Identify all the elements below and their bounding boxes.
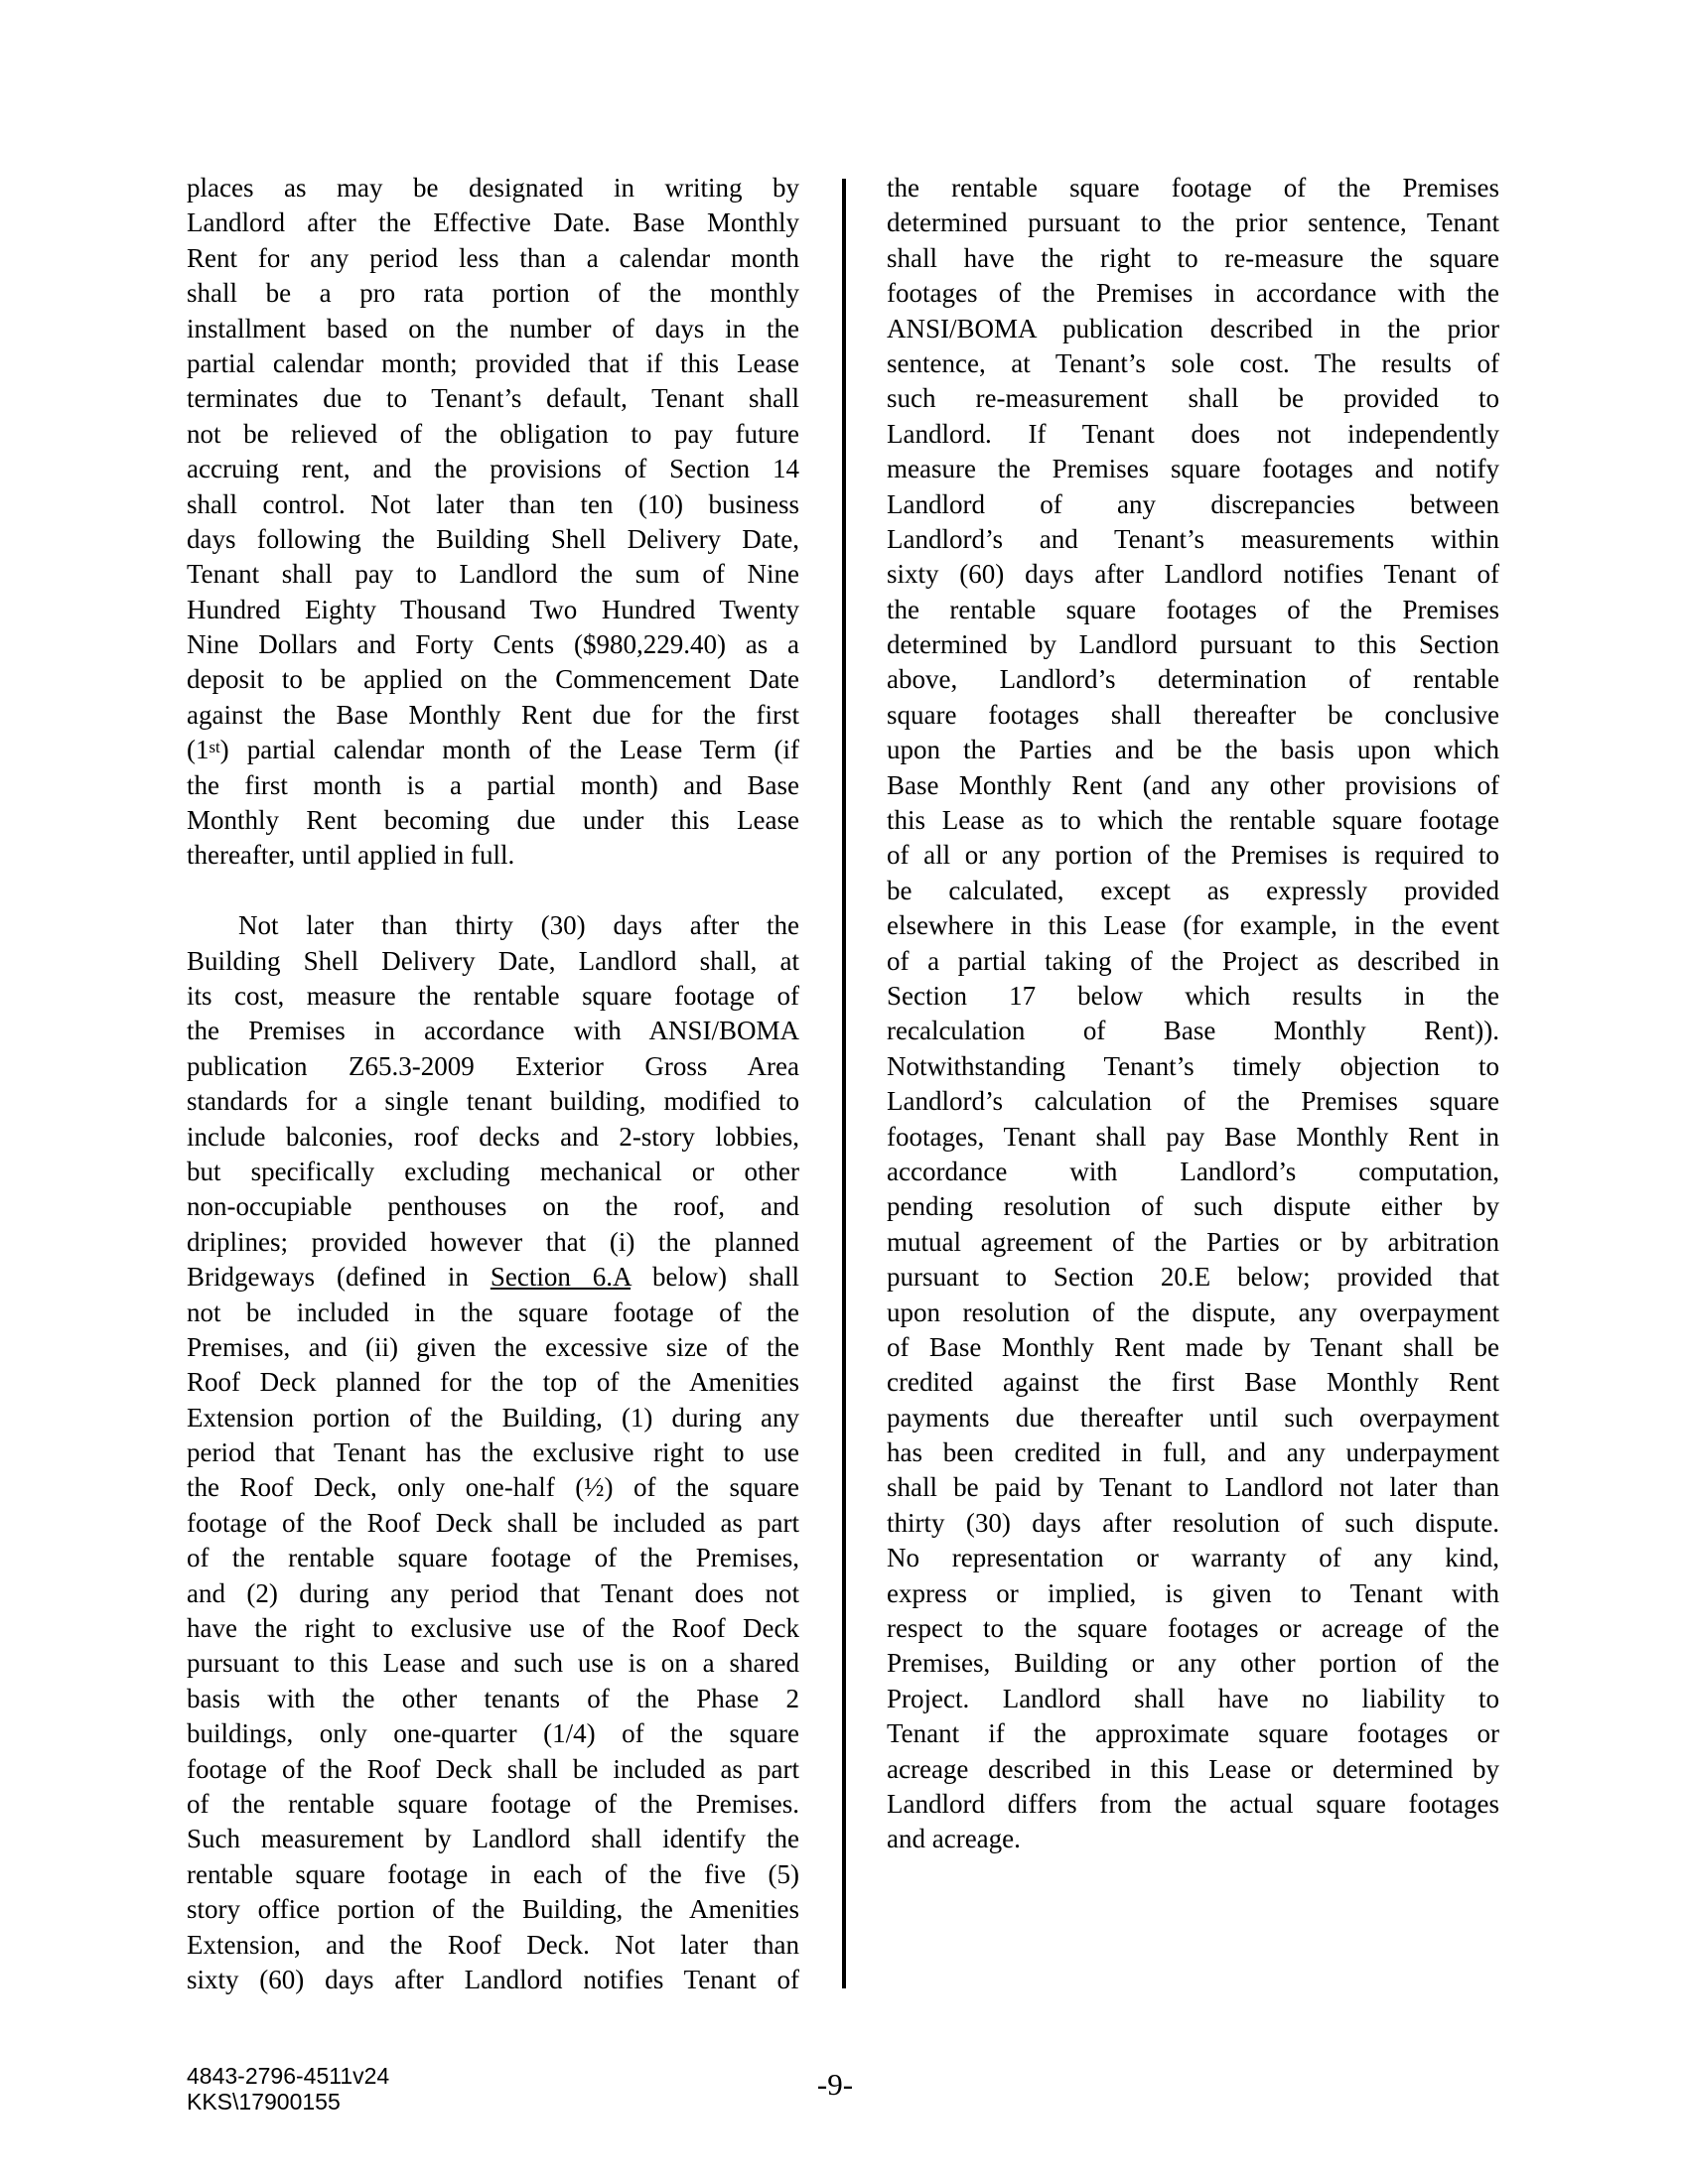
text-line: Section 17 below which results in the [887,979,1499,1014]
text-line: determined by Landlord pursuant to this … [887,627,1499,662]
text-line: of Base Monthly Rent made by Tenant shal… [887,1330,1499,1365]
text-line: not be relieved of the obligation to pay… [187,417,799,452]
text-line: (1st) partial calendar month of the Leas… [187,733,799,767]
text-line: shall control. Not later than ten (10) b… [187,487,799,522]
text-line: of the rentable square footage of the Pr… [187,1787,799,1822]
text-line: Landlord’s calculation of the Premises s… [887,1084,1499,1119]
text-line: Hundred Eighty Thousand Two Hundred Twen… [187,593,799,627]
text-line: footages of the Premises in accordance w… [887,276,1499,311]
text-line: pursuant to Section 20.E below; provided… [887,1260,1499,1295]
text-line: not be included in the square footage of… [187,1296,799,1330]
left-column: places as may be designated in writing b… [187,171,799,1997]
text-line: and acreage. [887,1822,1499,1856]
text-line: the Roof Deck, only one-half (½) of the … [187,1470,799,1505]
text-line: include balconies, roof decks and 2-stor… [187,1120,799,1155]
column-divider [842,179,846,1988]
text-line: Extension, and the Roof Deck. Not later … [187,1928,799,1963]
text-line: thereafter, until applied in full. [187,838,799,873]
text-line: Extension portion of the Building, (1) d… [187,1401,799,1435]
text-line: driplines; provided however that (i) the… [187,1225,799,1260]
paragraph: places as may be designated in writing b… [187,171,799,874]
text-line: deposit to be applied on the Commencemen… [187,662,799,697]
text-line: shall have the right to re-measure the s… [887,241,1499,276]
text-line: footages, Tenant shall pay Base Monthly … [887,1120,1499,1155]
text-line: credited against the first Base Monthly … [887,1365,1499,1400]
page-number: -9- [0,2067,1670,2103]
paragraph: the rentable square footage of the Premi… [887,171,1499,1857]
text-line: Monthly Rent becoming due under this Lea… [187,803,799,838]
text-line: publication Z65.3-2009 Exterior Gross Ar… [187,1049,799,1084]
text-line: its cost, measure the rentable square fo… [187,979,799,1014]
text-line: accordance with Landlord’s computation, [887,1155,1499,1189]
text-line: Premises, and (ii) given the excessive s… [187,1330,799,1365]
text-line: Notwithstanding Tenant’s timely objectio… [887,1049,1499,1084]
text-line: Roof Deck planned for the top of the Ame… [187,1365,799,1400]
text-line: shall be paid by Tenant to Landlord not … [887,1470,1499,1505]
text-line: Premises, Building or any other portion … [887,1646,1499,1681]
text-line: footage of the Roof Deck shall be includ… [187,1752,799,1787]
text-line: Landlord after the Effective Date. Base … [187,205,799,240]
text-line: accruing rent, and the provisions of Sec… [187,452,799,486]
text-line: ANSI/BOMA publication described in the p… [887,312,1499,346]
text-line: shall be a pro rata portion of the month… [187,276,799,311]
text-line: Landlord. If Tenant does not independent… [887,417,1499,452]
text-line: Bridgeways (defined in Section 6.A below… [187,1260,799,1295]
right-column: the rentable square footage of the Premi… [887,171,1499,1857]
text-line: measure the Premises square footages and… [887,452,1499,486]
text-line: recalculation of Base Monthly Rent)). [887,1014,1499,1048]
text-line: this Lease as to which the rentable squa… [887,803,1499,838]
text-line: but specifically excluding mechanical or… [187,1155,799,1189]
text-line: installment based on the number of days … [187,312,799,346]
text-line: Building Shell Delivery Date, Landlord s… [187,944,799,979]
text-line: the rentable square footage of the Premi… [887,171,1499,205]
text-line: payments due thereafter until such overp… [887,1401,1499,1435]
text-line: of all or any portion of the Premises is… [887,838,1499,873]
text-line: No representation or warranty of any kin… [887,1541,1499,1575]
paragraph: Not later than thirty (30) days after th… [187,908,799,1997]
text-line: determined pursuant to the prior sentenc… [887,205,1499,240]
text-line: places as may be designated in writing b… [187,171,799,205]
text-line: Nine Dollars and Forty Cents ($980,229.4… [187,627,799,662]
text-line: the first month is a partial month) and … [187,768,799,803]
text-line: of a partial taking of the Project as de… [887,944,1499,979]
text-line: Landlord differs from the actual square … [887,1787,1499,1822]
text-line: has been credited in full, and any under… [887,1435,1499,1470]
text-line: period that Tenant has the exclusive rig… [187,1435,799,1470]
text-line: Such measurement by Landlord shall ident… [187,1822,799,1856]
text-line: buildings, only one-quarter (1/4) of the… [187,1716,799,1751]
text-line: sentence, at Tenant’s sole cost. The res… [887,346,1499,381]
text-line: partial calendar month; provided that if… [187,346,799,381]
text-line: Project. Landlord shall have no liabilit… [887,1682,1499,1716]
text-line: against the Base Monthly Rent due for th… [187,698,799,733]
text-line: standards for a single tenant building, … [187,1084,799,1119]
text-line: basis with the other tenants of the Phas… [187,1682,799,1716]
text-line: acreage described in this Lease or deter… [887,1752,1499,1787]
text-line: square footages shall thereafter be conc… [887,698,1499,733]
text-line: sixty (60) days after Landlord notifies … [187,1963,799,1997]
text-line: Rent for any period less than a calendar… [187,241,799,276]
text-line: elsewhere in this Lease (for example, in… [887,908,1499,943]
text-line: Landlord of any discrepancies between [887,487,1499,522]
text-line: sixty (60) days after Landlord notifies … [887,557,1499,592]
text-line: such re-measurement shall be provided to [887,381,1499,416]
text-line: of the rentable square footage of the Pr… [187,1541,799,1575]
text-line: upon resolution of the dispute, any over… [887,1296,1499,1330]
text-line: Not later than thirty (30) days after th… [187,908,799,943]
text-line: story office portion of the Building, th… [187,1892,799,1927]
text-line: respect to the square footages or acreag… [887,1611,1499,1646]
text-line: the rentable square footages of the Prem… [887,593,1499,627]
text-line: Tenant shall pay to Landlord the sum of … [187,557,799,592]
document-page: places as may be designated in writing b… [0,0,1688,2184]
text-line: pursuant to this Lease and such use is o… [187,1646,799,1681]
text-line: be calculated, except as expressly provi… [887,874,1499,908]
text-line: express or implied, is given to Tenant w… [887,1576,1499,1611]
text-line: have the right to exclusive use of the R… [187,1611,799,1646]
text-line: non-occupiable penthouses on the roof, a… [187,1189,799,1224]
text-line: Base Monthly Rent (and any other provisi… [887,768,1499,803]
text-line: the Premises in accordance with ANSI/BOM… [187,1014,799,1048]
text-line: Landlord’s and Tenant’s measurements wit… [887,522,1499,557]
text-line: rentable square footage in each of the f… [187,1857,799,1892]
text-line: pending resolution of such dispute eithe… [887,1189,1499,1224]
text-line: thirty (30) days after resolution of suc… [887,1506,1499,1541]
text-line: upon the Parties and be the basis upon w… [887,733,1499,767]
text-line: Tenant if the approximate square footage… [887,1716,1499,1751]
text-line: mutual agreement of the Parties or by ar… [887,1225,1499,1260]
text-line: terminates due to Tenant’s default, Tena… [187,381,799,416]
text-line: above, Landlord’s determination of renta… [887,662,1499,697]
text-line: days following the Building Shell Delive… [187,522,799,557]
text-line: footage of the Roof Deck shall be includ… [187,1506,799,1541]
text-line: and (2) during any period that Tenant do… [187,1576,799,1611]
